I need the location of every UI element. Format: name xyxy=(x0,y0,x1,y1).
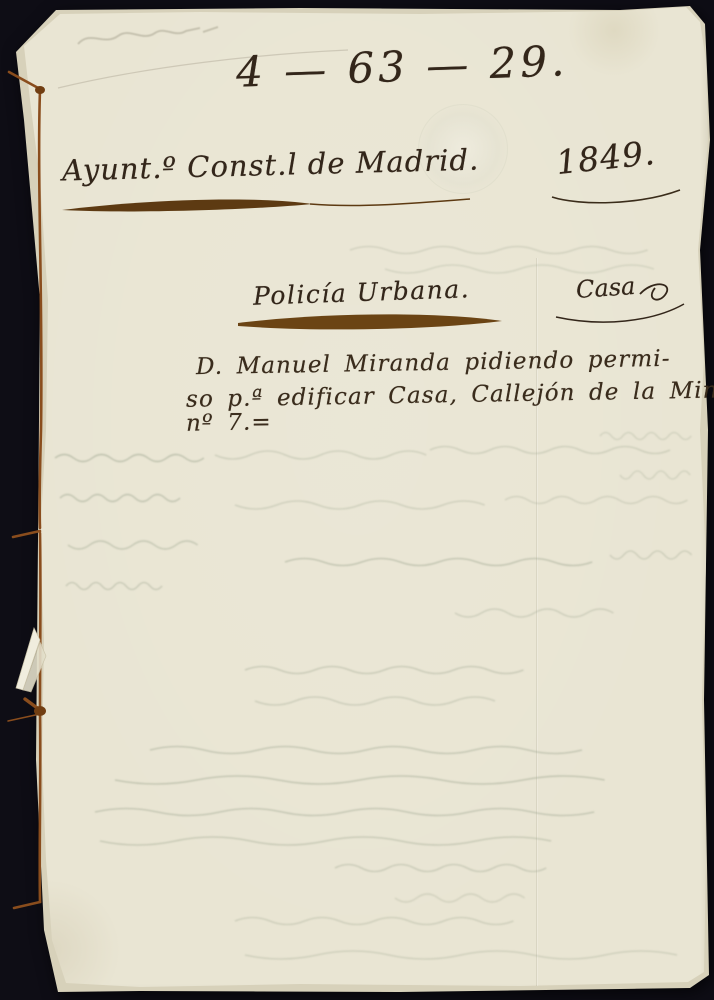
category-label: Casa xyxy=(575,272,636,304)
archive-scan: 4 — 63 — 29. Ayunt.º Const.l de Madrid. … xyxy=(0,0,714,1000)
petition-line-3: nº 7.= xyxy=(186,409,272,436)
